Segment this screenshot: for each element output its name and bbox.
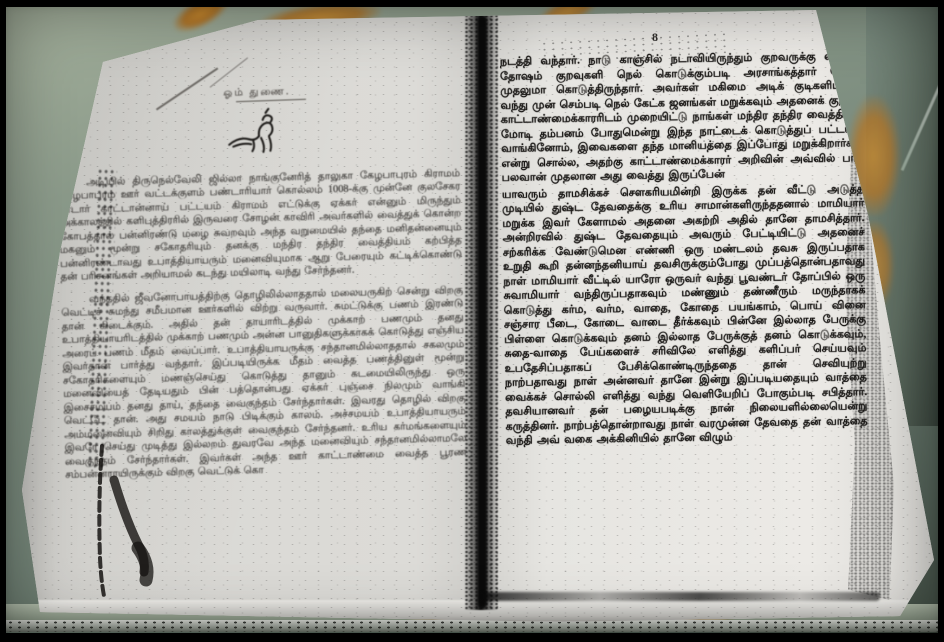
right-paragraph-2: யாவரும் தாமசிக்கச் சௌகரியமின்றி இருக்க த… (502, 182, 868, 449)
reclining-figure-icon (224, 105, 291, 157)
ornament-illustration (56, 101, 459, 163)
right-paragraph-1: நடத்தி வந்தார். நாடு காஞ்சில் நடாவியிருந… (500, 49, 864, 185)
table-edge-metal-strip (6, 620, 938, 632)
document-spread: ஓம் துணை. அடியில் திருநெல்வேலி ஜில்ல (0, 0, 944, 642)
toner-blob-bottom-left (80, 440, 190, 610)
left-paragraph-1: அடியில் திருநெல்வேலி ஜில்லா நாங்குனேரித்… (58, 167, 463, 285)
page-right: நடத்தி வந்தார். நாடு காஞ்சில் நடாவியிருந… (500, 49, 870, 595)
toner-smear-bottom (480, 592, 880, 601)
binding-gutter-core (478, 16, 487, 608)
crease-line (210, 57, 249, 88)
photographed-document: ஓம் துணை. அடியில் திருநெல்வேலி ஜில்ல (0, 0, 944, 642)
